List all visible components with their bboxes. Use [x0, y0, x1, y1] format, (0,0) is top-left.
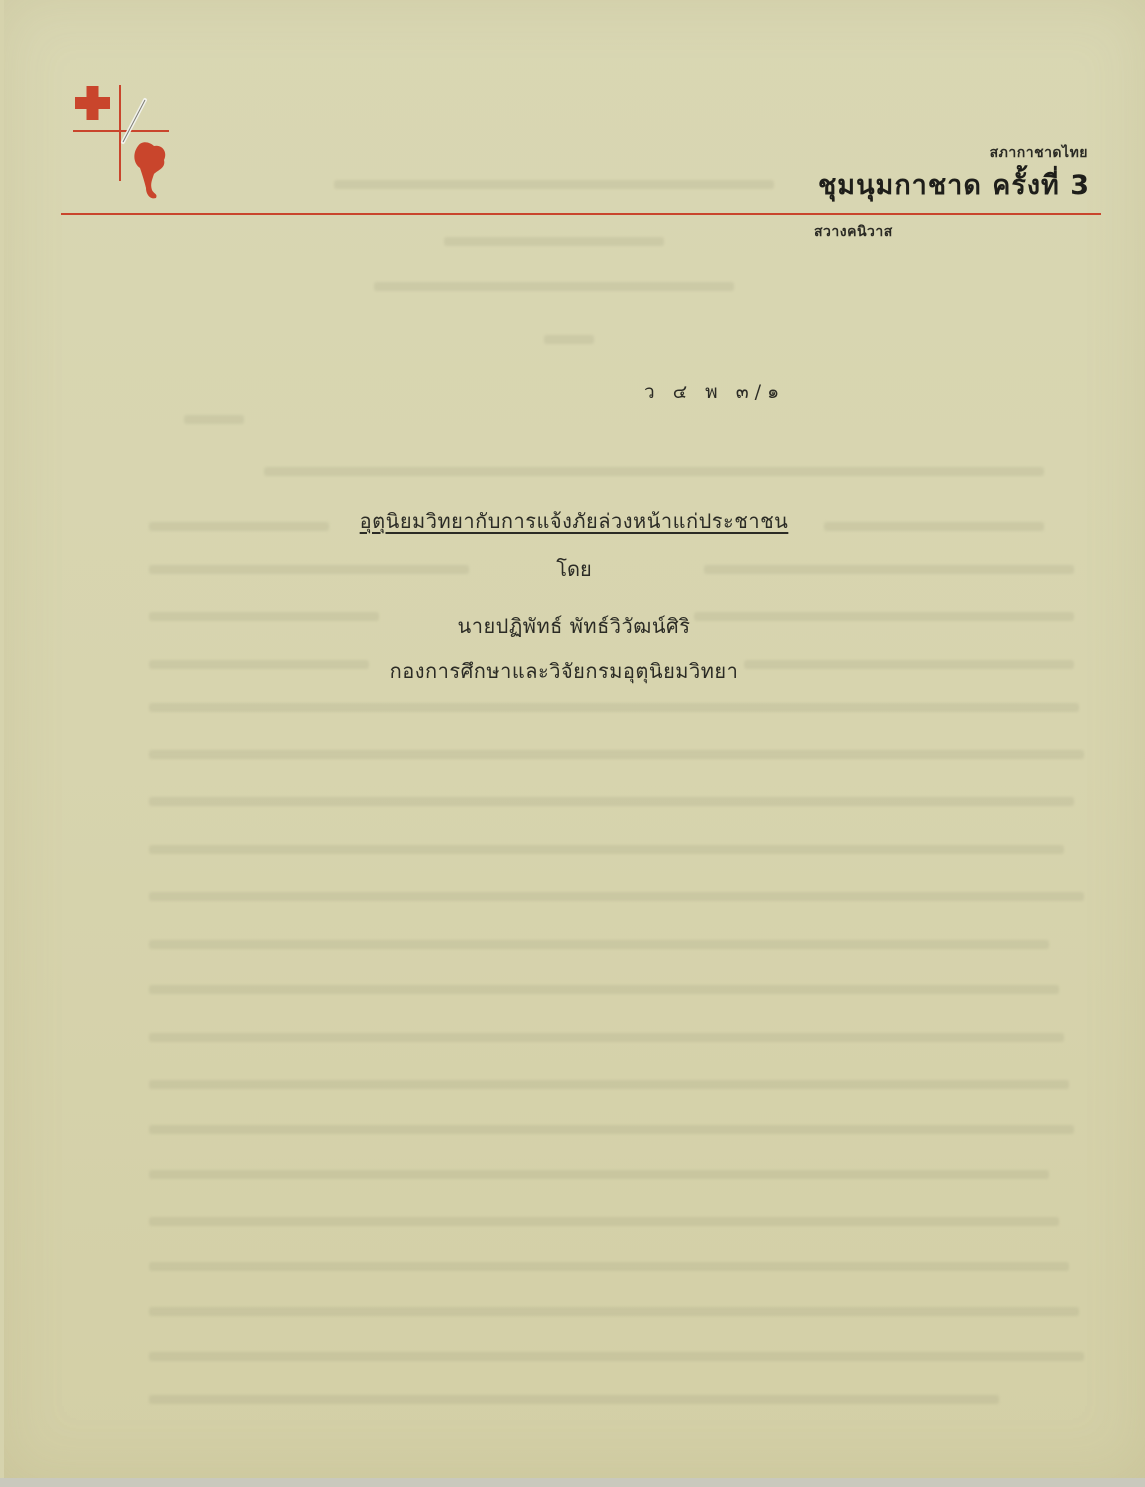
- organization-name: สภากาชาดไทย: [990, 142, 1088, 164]
- event-title: ชุมนุมกาชาด ครั้งที่ 3: [818, 163, 1090, 206]
- red-cross-thailand-map-logo-icon: [70, 84, 174, 204]
- venue-name: สวางคนิวาส: [814, 221, 893, 243]
- header-divider: [61, 213, 1101, 215]
- by-label: โดย: [524, 553, 624, 585]
- document-page: สภากาชาดไทย ชุมนุมกาชาด ครั้งที่ 3 สวางค…: [4, 0, 1145, 1478]
- document-title: อุตุนิยมวิทยากับการแจ้งภัยล่วงหน้าแก่ประ…: [334, 505, 814, 537]
- scan-border: [0, 1478, 1145, 1487]
- author-division: กองการศึกษาและวิจัยกรมอุตุนิยมวิทยา: [364, 655, 764, 687]
- author-name: นายปฏิพัทธ์ พัทธ์วิวัฒน์ศิริ: [384, 610, 764, 642]
- reference-code: ว ๔ พ ๓/๑: [644, 377, 785, 407]
